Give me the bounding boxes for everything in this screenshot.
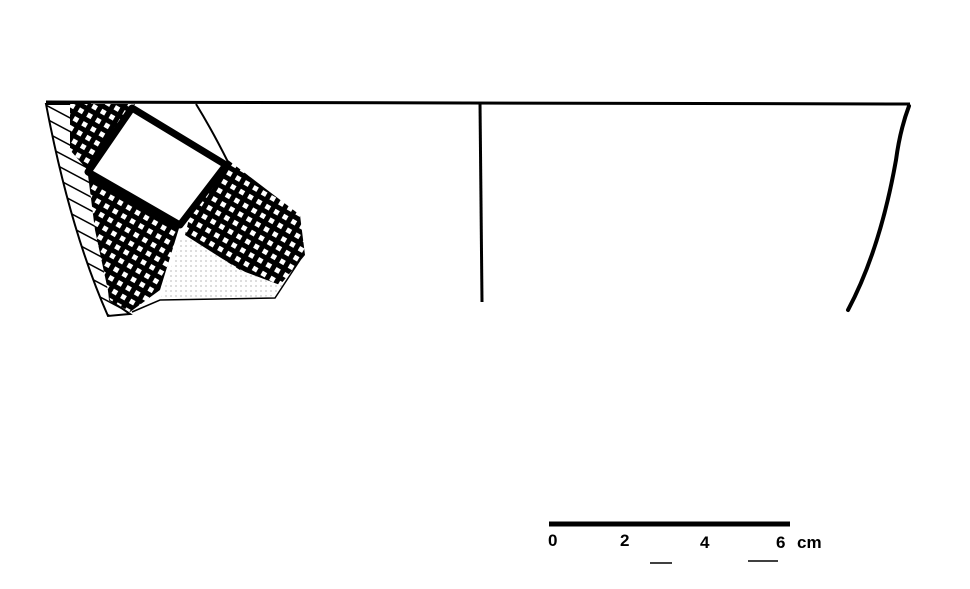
scale-unit: cm (797, 533, 822, 552)
scale-tick-2: 2 (620, 531, 629, 550)
sherd-drawing: 0 2 4 6 cm (0, 0, 970, 589)
scale-bar: 0 2 4 6 cm (548, 524, 822, 563)
centre-axis (480, 102, 482, 302)
scale-tick-6: 6 (776, 533, 785, 552)
rim-line (46, 102, 910, 104)
scale-tick-4: 4 (700, 533, 710, 552)
drawing-canvas: 0 2 4 6 cm (0, 0, 970, 589)
sherd-fragment (46, 104, 305, 316)
profile-right (848, 106, 909, 310)
scale-tick-0: 0 (548, 531, 557, 550)
